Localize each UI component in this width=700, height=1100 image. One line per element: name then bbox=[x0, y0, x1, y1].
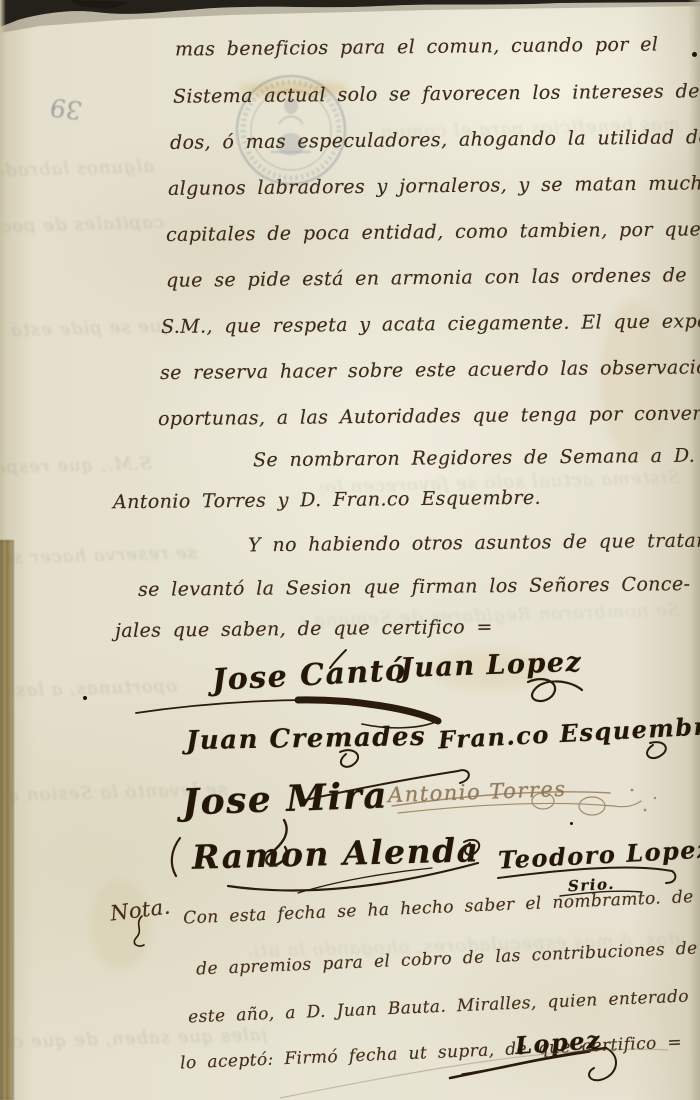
folio-number: 39 bbox=[50, 92, 82, 125]
page-top-torn-edge bbox=[0, 0, 700, 36]
signature-juan-cremades: Juan Cremades bbox=[186, 722, 427, 756]
manuscript-line: jales que saben, de que certifico = bbox=[115, 616, 493, 642]
ink-speck bbox=[83, 696, 87, 700]
book-binding-edge bbox=[0, 540, 14, 1100]
signature-ramon-alenda: Ramon Alenda bbox=[192, 830, 480, 877]
signature-jose-mira: Jose Mira bbox=[181, 774, 388, 823]
page-left-edge bbox=[0, 0, 6, 545]
manuscript-line: Antonio Torres y D. Fran.co Esquembre. bbox=[113, 487, 541, 513]
signature-juan-lopez: Juan Lopez bbox=[400, 647, 583, 684]
manuscript-line: Se nombraron Regidores de Semana a D. bbox=[253, 445, 696, 472]
ink-speck bbox=[692, 52, 697, 57]
ink-speck bbox=[570, 822, 573, 825]
manuscript-line: Y no habiendo otros asuntos de que trata… bbox=[248, 530, 700, 557]
manuscript-scan: 39 algunos labradores y jornaleros, y se… bbox=[0, 0, 700, 1100]
signature-lopez-nota: Lopez bbox=[514, 1025, 602, 1060]
